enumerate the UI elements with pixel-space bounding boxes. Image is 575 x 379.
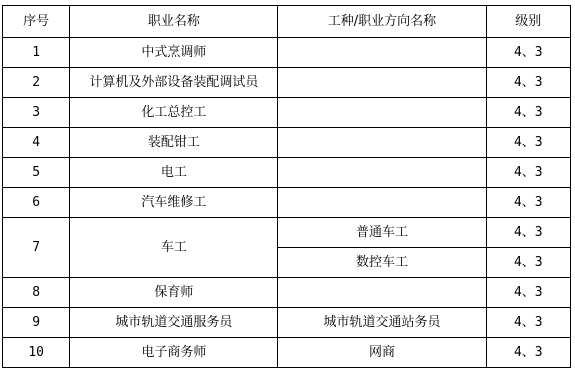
table-row: 8 保育师 4、3	[3, 278, 571, 308]
cell-level: 4、3	[486, 218, 570, 248]
cell-occupation-name: 汽车维修工	[70, 188, 278, 218]
cell-work-type	[278, 128, 486, 158]
cell-serial-no: 4	[3, 128, 70, 158]
table-row: 7 车工 普通车工 4、3	[3, 218, 571, 248]
cell-occupation-name: 电子商务师	[70, 338, 278, 368]
cell-level: 4、3	[486, 338, 570, 368]
cell-level: 4、3	[486, 158, 570, 188]
cell-occupation-name: 装配钳工	[70, 128, 278, 158]
cell-level: 4、3	[486, 38, 570, 68]
cell-work-type	[278, 38, 486, 68]
cell-work-type: 城市轨道交通站务员	[278, 308, 486, 338]
table-row: 10 电子商务师 网商 4、3	[3, 338, 571, 368]
cell-work-type	[278, 68, 486, 98]
cell-work-type: 网商	[278, 338, 486, 368]
cell-work-type: 数控车工	[278, 248, 486, 278]
cell-level: 4、3	[486, 98, 570, 128]
cell-occupation-name: 中式烹调师	[70, 38, 278, 68]
table-row: 5 电工 4、3	[3, 158, 571, 188]
cell-serial-no: 7	[3, 218, 70, 278]
table-row: 9 城市轨道交通服务员 城市轨道交通站务员 4、3	[3, 308, 571, 338]
cell-work-type	[278, 188, 486, 218]
cell-serial-no: 5	[3, 158, 70, 188]
header-serial-no: 序号	[3, 6, 70, 38]
cell-occupation-name: 车工	[70, 218, 278, 278]
cell-serial-no: 8	[3, 278, 70, 308]
cell-work-type: 普通车工	[278, 218, 486, 248]
cell-serial-no: 2	[3, 68, 70, 98]
table-row: 6 汽车维修工 4、3	[3, 188, 571, 218]
cell-level: 4、3	[486, 248, 570, 278]
cell-occupation-name: 保育师	[70, 278, 278, 308]
cell-work-type	[278, 278, 486, 308]
header-work-type: 工种/职业方向名称	[278, 6, 486, 38]
cell-level: 4、3	[486, 68, 570, 98]
table-row: 2 计算机及外部设备装配调试员 4、3	[3, 68, 571, 98]
cell-work-type	[278, 158, 486, 188]
cell-serial-no: 3	[3, 98, 70, 128]
table-row: 3 化工总控工 4、3	[3, 98, 571, 128]
cell-level: 4、3	[486, 308, 570, 338]
cell-level: 4、3	[486, 188, 570, 218]
table-row: 4 装配钳工 4、3	[3, 128, 571, 158]
header-level: 级别	[486, 6, 570, 38]
cell-level: 4、3	[486, 128, 570, 158]
cell-level: 4、3	[486, 278, 570, 308]
cell-work-type	[278, 98, 486, 128]
cell-occupation-name: 电工	[70, 158, 278, 188]
cell-occupation-name: 城市轨道交通服务员	[70, 308, 278, 338]
cell-serial-no: 6	[3, 188, 70, 218]
cell-occupation-name: 计算机及外部设备装配调试员	[70, 68, 278, 98]
occupation-table: 序号 职业名称 工种/职业方向名称 级别 1 中式烹调师 4、3 2 计算机及外…	[2, 5, 571, 368]
header-occupation-name: 职业名称	[70, 6, 278, 38]
cell-occupation-name: 化工总控工	[70, 98, 278, 128]
cell-serial-no: 10	[3, 338, 70, 368]
cell-serial-no: 9	[3, 308, 70, 338]
cell-serial-no: 1	[3, 38, 70, 68]
table-header-row: 序号 职业名称 工种/职业方向名称 级别	[3, 6, 571, 38]
table-row: 1 中式烹调师 4、3	[3, 38, 571, 68]
